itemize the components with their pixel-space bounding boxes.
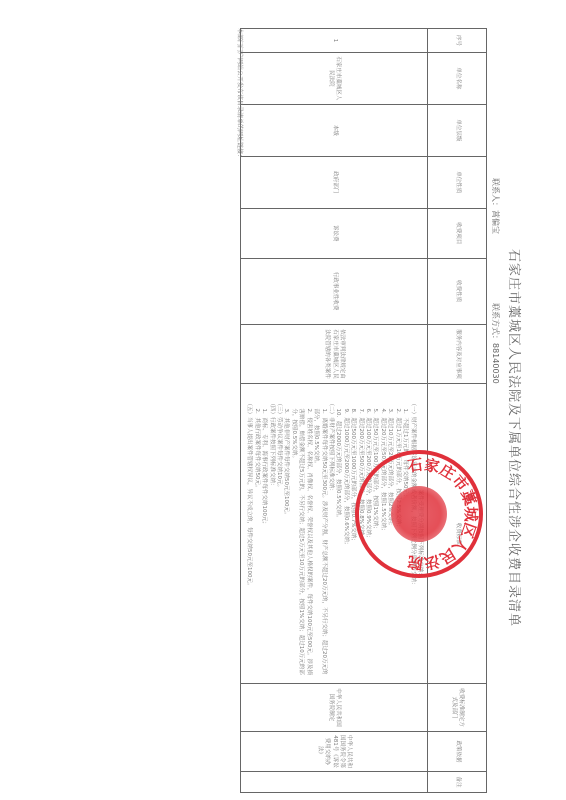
fee-standard-line: （二）非财产案件按照下列标准交纳： — [327, 390, 334, 677]
header-level: 单位层级 — [428, 104, 487, 156]
header-remark: 备注 — [428, 771, 487, 792]
fee-standard-line: 10．超过2000万元的部分，按照0.5%交纳。 — [334, 390, 341, 677]
fee-standard-line: 2．其他行政案件每件交纳50元。 — [252, 390, 259, 677]
official-seal: 石家庄市藁城区人民法院 — [355, 450, 483, 578]
seal-text: 石家庄市藁城区人民法院 — [359, 454, 479, 574]
cell-method: 中华人民共和国国务院制定 — [240, 684, 427, 732]
fee-standard-line: 1．离婚案件每件交纳50元至300元。涉及财产分割，财产总额不超过20万元的，不… — [312, 390, 327, 677]
cell-index: 1 — [240, 29, 427, 53]
fee-standard-line: 1．商标、专利、海事行政案件每件交纳100元； — [260, 390, 267, 677]
fee-standard-line: 2．侵害姓名权、名称权、肖像权、名誉权、荣誉权以及其他人格权的案件，每件交纳10… — [289, 390, 311, 677]
fee-standard-line: 8．超过500万元至1000万元的部分，按照0.7%交纳； — [349, 390, 356, 677]
document-page: 石家庄市藁城区人民法院及下属单位综合性涉企收费目录清单 联系人：蒿偏宝 联系方式… — [185, 28, 525, 788]
header-nature: 单位性质 — [428, 156, 487, 208]
cell-fee-type: 行政事业性收费 — [240, 258, 427, 324]
fee-standard-line: （五）当事人提出案件管辖权异议，异议不成立的，每件交纳50元至100元。 — [245, 390, 252, 677]
header-index: 序号 — [428, 29, 487, 53]
cell-item: 诉讼费 — [240, 208, 427, 258]
svg-text:石家庄市藁城区人民法院: 石家庄市藁城区人民法院 — [407, 456, 479, 573]
footer-link-label: 本部门门户网站公开发布该目录清单的网址链接： — [236, 28, 245, 160]
fee-standard-line: （四）行政案件按照下列标准交纳： — [267, 390, 274, 677]
header-item: 收费项目 — [428, 208, 487, 258]
fee-standard-line: 3．其他非财产案件每件交纳50元至100元。 — [282, 390, 289, 677]
cell-unit: 石家庄市藁城区人民法院 — [240, 52, 427, 104]
contact-person: 联系人：蒿偏宝 — [490, 178, 501, 234]
table-header-row: 序号 单位名称 单位层级 单位性质 收费项目 收费性质 服务内容及对应事项 收费… — [428, 29, 487, 793]
cell-policy: 中华人民共和国国务院令第481号《诉讼费用交纳办法》 — [240, 731, 427, 771]
fee-catalog-table: 序号 单位名称 单位层级 单位性质 收费项目 收费性质 服务内容及对应事项 收费… — [240, 28, 487, 793]
cell-service: 依法审判法律规定由石家庄市藁城区人民法院管辖的各类案件 — [240, 324, 427, 384]
cell-level: 本级 — [240, 104, 427, 156]
header-service: 服务内容及对应事项 — [428, 324, 487, 384]
fee-standard-line: 9．超过1000万元至2000万元的部分，按照0.6%交纳； — [341, 390, 348, 677]
cell-remark — [240, 771, 427, 792]
header-policy: 政策依据 — [428, 731, 487, 771]
cell-nature: 政府部门 — [240, 156, 427, 208]
header-fee-type: 收费性质 — [428, 258, 487, 324]
header-method: 收费标准制定方式及部门 — [428, 684, 487, 732]
header-unit: 单位名称 — [428, 52, 487, 104]
table-row: 1 石家庄市藁城区人民法院 本级 政府部门 诉讼费 行政事业性收费 依法审判法律… — [240, 29, 427, 793]
contact-phone: 联系方式：88140030 — [490, 303, 501, 384]
document-title: 石家庄市藁城区人民法院及下属单位综合性涉企收费目录清单 — [506, 178, 525, 698]
fee-standard-line: （三）劳动争议案件每件交纳10元。 — [275, 390, 282, 677]
